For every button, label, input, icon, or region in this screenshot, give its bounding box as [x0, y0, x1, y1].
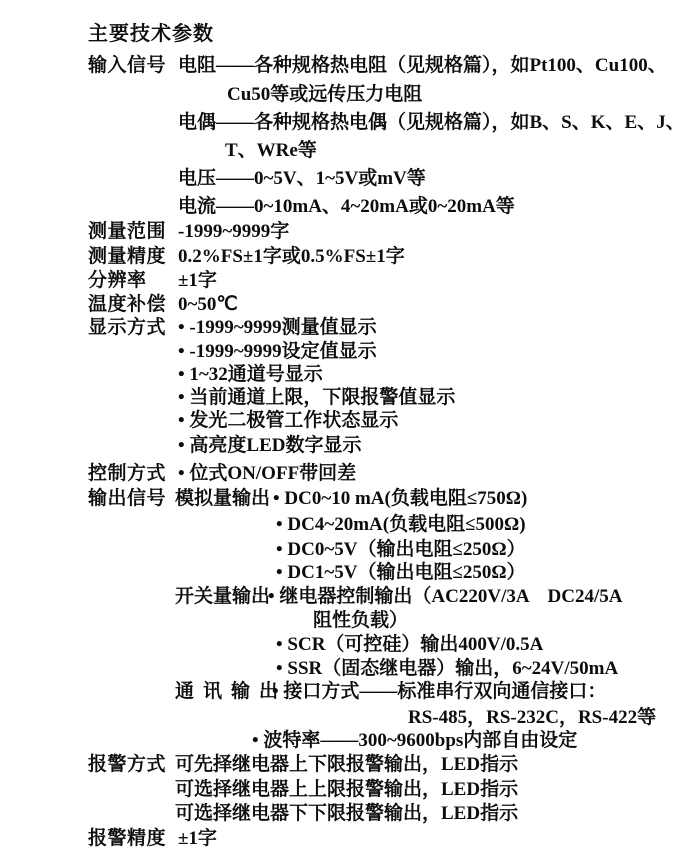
spec-line: • 1~32通道号显示 — [0, 364, 694, 388]
spec-line: 可选择继电器上上限报警输出，LED指示 — [0, 779, 694, 803]
spec-label: 测量范围 — [88, 221, 166, 243]
spec-sublabel: 模拟量输出 — [175, 488, 270, 510]
spec-value: 电阻——各种规格热电阻（见规格篇），如Pt100、Cu100、 — [178, 55, 667, 77]
spec-value: • 波特率——300~9600bps内部自由设定 — [252, 730, 577, 752]
spec-value: T、WRe等 — [225, 140, 317, 162]
spec-value: • DC0~5V（输出电阻≤250Ω） — [276, 539, 526, 561]
spec-value: 电压——0~5V、1~5V或mV等 — [178, 168, 426, 190]
spec-value: ±1字 — [178, 270, 217, 292]
spec-sublabel: 开关量输出 — [175, 586, 270, 608]
spec-value: 电偶——各种规格热电偶（见规格篇），如B、S、K、E、J、 — [178, 112, 685, 134]
spec-line: • -1999~9999设定值显示 — [0, 341, 694, 365]
spec-line: • 波特率——300~9600bps内部自由设定 — [0, 730, 694, 754]
spec-line: 测量精度0.2%FS±1字或0.5%FS±1字 — [0, 246, 694, 270]
spec-line: • SCR（可控硅）输出400V/0.5A — [0, 634, 694, 658]
spec-label: 温度补偿 — [88, 294, 166, 316]
document-page: 主要技术参数 输入信号电阻——各种规格热电阻（见规格篇），如Pt100、Cu10… — [0, 0, 694, 862]
spec-line: Cu50等或远传压力电阻 — [0, 84, 694, 108]
spec-value: RS-485，RS-232C，RS-422等 — [408, 707, 656, 729]
spec-line: 可选择继电器下下限报警输出，LED指示 — [0, 803, 694, 827]
spec-label: 输出信号 — [88, 488, 166, 510]
spec-line: 输出信号模拟量输出• DC0~10 mA(负载电阻≤750Ω) — [0, 488, 694, 512]
spec-value: • DC1~5V（输出电阻≤250Ω） — [276, 562, 526, 584]
spec-line: 电流——0~10mA、4~20mA或0~20mA等 — [0, 196, 694, 220]
spec-value: Cu50等或远传压力电阻 — [227, 84, 422, 106]
spec-value: 0~50℃ — [178, 294, 238, 316]
spec-line: 阻性负载） — [0, 610, 694, 634]
spec-line: 温度补偿0~50℃ — [0, 294, 694, 318]
spec-value: 电流——0~10mA、4~20mA或0~20mA等 — [178, 196, 515, 218]
spec-line: 显示方式• -1999~9999测量值显示 — [0, 317, 694, 341]
spec-line: 输入信号电阻——各种规格热电阻（见规格篇），如Pt100、Cu100、 — [0, 55, 694, 79]
spec-sublabel: 通讯输出 — [175, 681, 287, 703]
spec-value: 阻性负载） — [313, 610, 408, 632]
spec-line: 报警方式可先择继电器上下限报警输出，LED指示 — [0, 754, 694, 778]
spec-value: • SCR（可控硅）输出400V/0.5A — [276, 634, 543, 656]
spec-value: 可先择继电器上下限报警输出，LED指示 — [175, 754, 518, 776]
spec-value: -1999~9999字 — [178, 221, 289, 243]
page-title: 主要技术参数 — [88, 17, 214, 46]
spec-line: 开关量输出• 继电器控制输出（AC220V/3A DC24/5A — [0, 586, 694, 610]
spec-value: • DC0~10 mA(负载电阻≤750Ω) — [273, 488, 527, 510]
spec-line: • DC4~20mA(负载电阻≤500Ω) — [0, 514, 694, 538]
spec-line: • 高亮度LED数字显示 — [0, 435, 694, 459]
spec-value: 可选择继电器下下限报警输出，LED指示 — [175, 803, 518, 825]
spec-value: • 1~32通道号显示 — [178, 364, 323, 386]
spec-value: • 继电器控制输出（AC220V/3A DC24/5A — [268, 586, 622, 608]
spec-label: 控制方式 — [88, 463, 166, 485]
spec-value: • SSR（固态继电器）输出，6~24V/50mA — [276, 658, 618, 680]
spec-line: 通讯输出• 接口方式——标准串行双向通信接口： — [0, 681, 694, 705]
spec-label: 报警方式 — [88, 754, 166, 776]
spec-label: 分辨率 — [88, 270, 147, 292]
spec-line: • 当前通道上限，下限报警值显示 — [0, 387, 694, 411]
spec-value: • 高亮度LED数字显示 — [178, 435, 361, 457]
spec-line: • DC0~5V（输出电阻≤250Ω） — [0, 539, 694, 563]
spec-value: • -1999~9999设定值显示 — [178, 341, 377, 363]
spec-line: RS-485，RS-232C，RS-422等 — [0, 707, 694, 731]
spec-value: • 发光二极管工作状态显示 — [178, 410, 398, 432]
spec-value: 可选择继电器上上限报警输出，LED指示 — [175, 779, 518, 801]
spec-line: • DC1~5V（输出电阻≤250Ω） — [0, 562, 694, 586]
spec-value: ±1字 — [178, 828, 217, 850]
spec-value: 0.2%FS±1字或0.5%FS±1字 — [178, 246, 405, 268]
spec-label: 输入信号 — [88, 55, 166, 77]
spec-value: • 当前通道上限，下限报警值显示 — [178, 387, 455, 409]
spec-line: 报警精度±1字 — [0, 828, 694, 852]
spec-line: 控制方式• 位式ON/OFF带回差 — [0, 463, 694, 487]
spec-line: 测量范围-1999~9999字 — [0, 221, 694, 245]
spec-value: • 接口方式——标准串行双向通信接口： — [272, 681, 606, 703]
spec-label: 显示方式 — [88, 317, 166, 339]
spec-line: 分辨率±1字 — [0, 270, 694, 294]
spec-line: 电偶——各种规格热电偶（见规格篇），如B、S、K、E、J、 — [0, 112, 694, 136]
spec-line: T、WRe等 — [0, 140, 694, 164]
spec-value: • DC4~20mA(负载电阻≤500Ω) — [276, 514, 526, 536]
spec-value: • -1999~9999测量值显示 — [178, 317, 377, 339]
spec-line: • SSR（固态继电器）输出，6~24V/50mA — [0, 658, 694, 682]
spec-label: 报警精度 — [88, 828, 166, 850]
spec-line: • 发光二极管工作状态显示 — [0, 410, 694, 434]
spec-line: 电压——0~5V、1~5V或mV等 — [0, 168, 694, 192]
spec-label: 测量精度 — [88, 246, 166, 268]
spec-value: • 位式ON/OFF带回差 — [178, 463, 356, 485]
